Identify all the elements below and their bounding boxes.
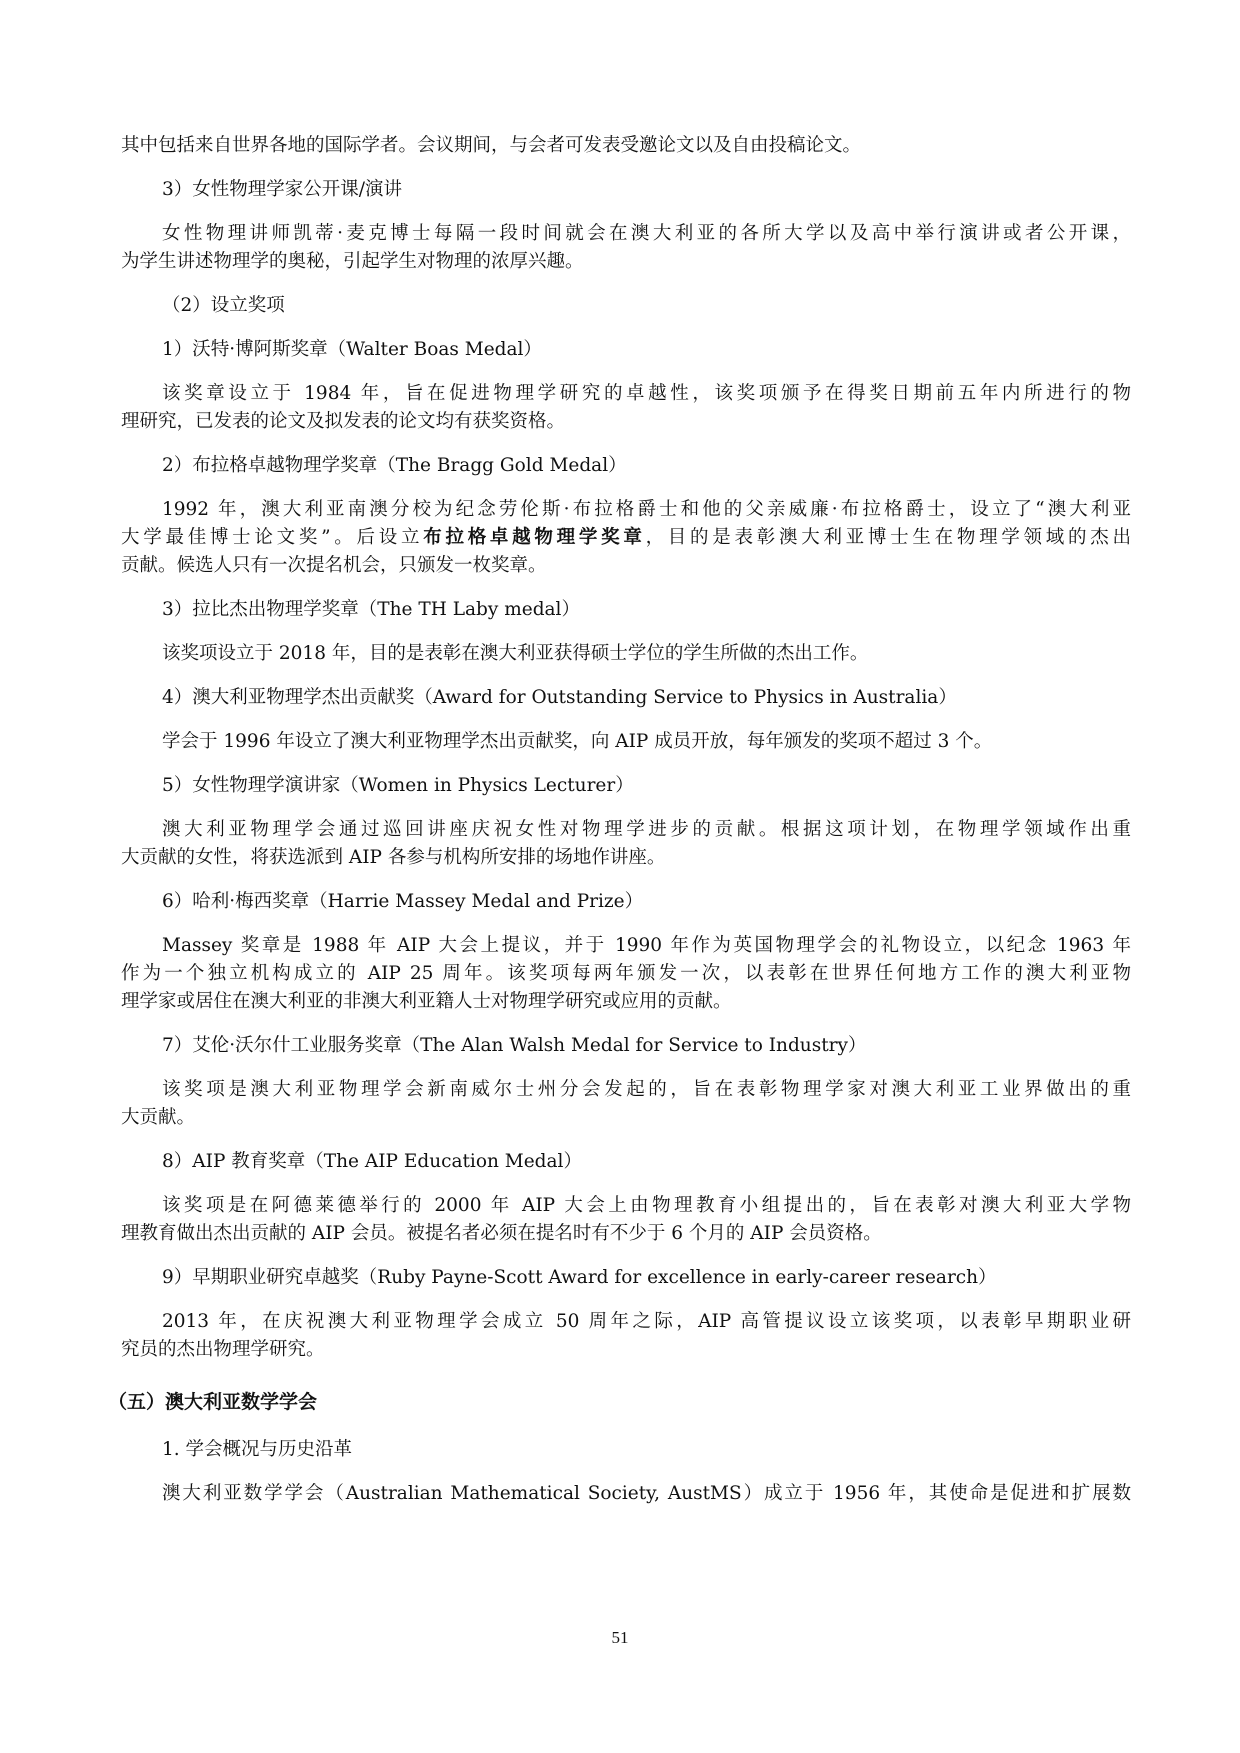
paragraph-line: 作为一个独立机构成立的 AIP 25 周年。该奖项每两年颁发一次，以表彰在世界任… bbox=[121, 962, 1131, 986]
paragraph-line: 该奖项是澳大利亚物理学会新南威尔士州分会发起的，旨在表彰物理学家对澳大利亚工业界… bbox=[121, 1078, 1131, 1102]
award-title-education: 8）AIP 教育奖章（The AIP Education Medal） bbox=[121, 1150, 582, 1174]
paragraph-line: 澳大利亚物理学会通过巡回讲座庆祝女性对物理学进步的贡献。根据这项计划，在物理学领… bbox=[121, 818, 1131, 842]
paragraph-line: 澳大利亚数学学会（Australian Mathematical Society… bbox=[121, 1482, 1131, 1506]
paragraph-line: Massey 奖章是 1988 年 AIP 大会上提议，并于 1990 年作为英… bbox=[121, 934, 1131, 958]
subheading-overview: 1. 学会概况与历史沿革 bbox=[121, 1438, 352, 1462]
award-title-outstanding-service: 4）澳大利亚物理学杰出贡献奖（Award for Outstanding Ser… bbox=[121, 686, 957, 710]
paragraph-line: 为学生讲述物理学的奥秘，引起学生对物理的浓厚兴趣。 bbox=[121, 250, 584, 274]
section-heading-austms: （五）澳大利亚数学学会 bbox=[108, 1390, 317, 1414]
paragraph-line: 大贡献。 bbox=[121, 1106, 195, 1130]
paragraph-line: 大贡献的女性，将获选派到 AIP 各参与机构所安排的场地作讲座。 bbox=[121, 846, 665, 870]
award-title-walter-boas: 1）沃特·博阿斯奖章（Walter Boas Medal） bbox=[121, 338, 542, 362]
award-title-alan-walsh: 7）艾伦·沃尔什工业服务奖章（The Alan Walsh Medal for … bbox=[121, 1034, 866, 1058]
award-title-ruby-payne-scott: 9）早期职业研究卓越奖（Ruby Payne-Scott Award for e… bbox=[121, 1266, 997, 1290]
paragraph-line: 理教育做出杰出贡献的 AIP 会员。被提名者必须在提名时有不少于 6 个月的 A… bbox=[121, 1222, 882, 1246]
paragraph-line: 该奖章设立于 1984 年，旨在促进物理学研究的卓越性，该奖项颁予在得奖日期前五… bbox=[121, 382, 1131, 406]
paragraph-line: 1992 年，澳大利亚南澳分校为纪念劳伦斯·布拉格爵士和他的父亲威廉·布拉格爵士… bbox=[121, 498, 1131, 522]
paragraph-line: 女性物理讲师凯蒂·麦克博士每隔一段时间就会在澳大利亚的各所大学以及高中举行演讲或… bbox=[121, 222, 1131, 246]
paragraph-line: 理学家或居住在澳大利亚的非澳大利亚籍人士对物理学研究或应用的贡献。 bbox=[121, 990, 732, 1014]
award-title-women-lecturer: 5）女性物理学演讲家（Women in Physics Lecturer） bbox=[121, 774, 634, 798]
paragraph-line: 该奖项是在阿德莱德举行的 2000 年 AIP 大会上由物理教育小组提出的，旨在… bbox=[121, 1194, 1131, 1218]
paragraph-line: 贡献。候选人只有一次提名机会，只颁发一枚奖章。 bbox=[121, 554, 547, 578]
paragraph-text: 大学最佳博士论文奖”。后设立 bbox=[121, 527, 423, 548]
award-title-laby: 3）拉比杰出物理学奖章（The TH Laby medal） bbox=[121, 598, 580, 622]
paragraph-line: 究员的杰出物理学研究。 bbox=[121, 1338, 325, 1362]
award-title-massey: 6）哈利·梅西奖章（Harrie Massey Medal and Prize） bbox=[121, 890, 643, 914]
page-number: 51 bbox=[0, 1628, 1240, 1648]
paragraph-line: 理研究，已发表的论文及拟发表的论文均有获奖资格。 bbox=[121, 410, 565, 434]
subheading-public-lectures: 3）女性物理学家公开课/演讲 bbox=[121, 178, 402, 202]
paragraph-text: ，目的是表彰澳大利亚博士生在物理学领域的杰出 bbox=[646, 527, 1131, 548]
paragraph-line: 2013 年，在庆祝澳大利亚物理学会成立 50 周年之际，AIP 高管提议设立该… bbox=[121, 1310, 1131, 1334]
paragraph-line: 其中包括来自世界各地的国际学者。会议期间，与会者可发表受邀论文以及自由投稿论文。 bbox=[121, 134, 861, 158]
section-heading-awards: （2）设立奖项 bbox=[121, 294, 285, 318]
paragraph-line: 该奖项设立于 2018 年，目的是表彰在澳大利亚获得硕士学位的学生所做的杰出工作… bbox=[121, 642, 868, 666]
paragraph-line: 学会于 1996 年设立了澳大利亚物理学杰出贡献奖，向 AIP 成员开放，每年颁… bbox=[121, 730, 992, 754]
bold-award-name: 布拉格卓越物理学奖章 bbox=[423, 527, 645, 548]
award-title-bragg: 2）布拉格卓越物理学奖章（The Bragg Gold Medal） bbox=[121, 454, 627, 478]
paragraph-line-with-bold: 大学最佳博士论文奖”。后设立布拉格卓越物理学奖章，目的是表彰澳大利亚博士生在物理… bbox=[121, 526, 1131, 550]
